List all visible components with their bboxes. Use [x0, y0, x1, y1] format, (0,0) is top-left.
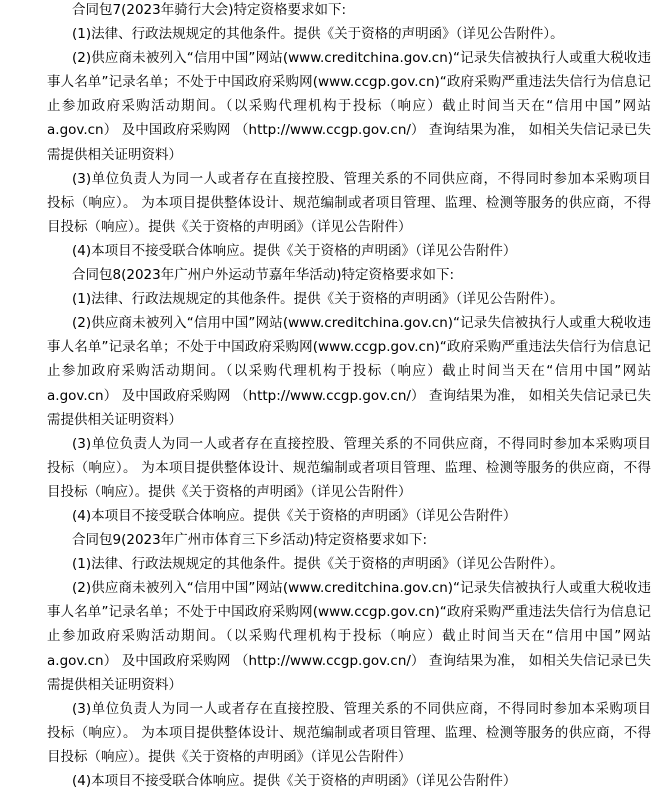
- document-body: 合同包7(2023年骑行大会)特定资格要求如下: (1)法律、行政法规规定的其他…: [47, 0, 651, 793]
- requirement-item-2: (2)供应商未被列入“信用中国”网站(www.creditchina.gov.c…: [47, 311, 651, 431]
- requirement-line: a.gov.cn） 及中国政府采购网 （http://www.ccgp.gov.…: [47, 118, 651, 142]
- requirement-item-4: (4)本项目不接受联合体响应。提供《关于资格的声明函》（详见公告附件）: [47, 504, 651, 528]
- requirement-line: 事人名单”记录名单；不处于中国政府采购网(www.ccgp.gov.cn)“政府…: [47, 335, 651, 359]
- requirement-line: (2)供应商未被列入“信用中国”网站(www.creditchina.gov.c…: [47, 46, 651, 70]
- requirement-line: 需提供相关证明资料）: [47, 408, 651, 432]
- requirement-line: 事人名单”记录名单；不处于中国政府采购网(www.ccgp.gov.cn)“政府…: [47, 600, 651, 624]
- requirement-line: 目投标（响应）。提供《关于资格的声明函》（详见公告附件）: [47, 480, 651, 504]
- requirement-item-1: (1)法律、行政法规规定的其他条件。提供《关于资格的声明函》（详见公告附件）。: [47, 287, 651, 311]
- requirement-line: (1)法律、行政法规规定的其他条件。提供《关于资格的声明函》（详见公告附件）。: [47, 552, 651, 576]
- requirement-line: a.gov.cn） 及中国政府采购网 （http://www.ccgp.gov.…: [47, 649, 651, 673]
- requirement-line: 目投标（响应）。提供《关于资格的声明函》（详见公告附件）: [47, 215, 651, 239]
- requirement-item-2: (2)供应商未被列入“信用中国”网站(www.creditchina.gov.c…: [47, 46, 651, 166]
- package-7-requirements: 合同包7(2023年骑行大会)特定资格要求如下: (1)法律、行政法规规定的其他…: [47, 0, 651, 263]
- requirement-line: 需提供相关证明资料）: [47, 143, 651, 167]
- requirement-line: (1)法律、行政法规规定的其他条件。提供《关于资格的声明函》（详见公告附件）。: [47, 22, 651, 46]
- requirement-line: (4)本项目不接受联合体响应。提供《关于资格的声明函》（详见公告附件）: [47, 504, 651, 528]
- requirement-line: 投标（响应）。 为本项目提供整体设计、规范编制或者项目管理、监理、检测等服务的供…: [47, 721, 651, 745]
- requirement-line: (3)单位负责人为同一人或者存在直接控股、管理关系的不同供应商，不得同时参加本采…: [47, 432, 651, 456]
- requirement-line: (4)本项目不接受联合体响应。提供《关于资格的声明函》（详见公告附件）: [47, 239, 651, 263]
- requirement-line: 止参加政府采购活动期间。（以采购代理机构于投标（响应）截止时间当天在“信用中国”…: [47, 624, 651, 648]
- requirement-line: 投标（响应）。 为本项目提供整体设计、规范编制或者项目管理、监理、检测等服务的供…: [47, 191, 651, 215]
- requirement-line: 投标（响应）。 为本项目提供整体设计、规范编制或者项目管理、监理、检测等服务的供…: [47, 456, 651, 480]
- requirement-line: 止参加政府采购活动期间。（以采购代理机构于投标（响应）截止时间当天在“信用中国”…: [47, 94, 651, 118]
- package-heading: 合同包7(2023年骑行大会)特定资格要求如下:: [47, 0, 651, 22]
- requirement-line: 止参加政府采购活动期间。（以采购代理机构于投标（响应）截止时间当天在“信用中国”…: [47, 359, 651, 383]
- requirement-item-3: (3)单位负责人为同一人或者存在直接控股、管理关系的不同供应商，不得同时参加本采…: [47, 697, 651, 769]
- requirement-item-3: (3)单位负责人为同一人或者存在直接控股、管理关系的不同供应商，不得同时参加本采…: [47, 432, 651, 504]
- requirement-line: 事人名单”记录名单；不处于中国政府采购网(www.ccgp.gov.cn)“政府…: [47, 70, 651, 94]
- package-heading: 合同包9(2023年广州市体育三下乡活动)特定资格要求如下:: [47, 528, 651, 552]
- requirement-line: (2)供应商未被列入“信用中国”网站(www.creditchina.gov.c…: [47, 576, 651, 600]
- package-heading: 合同包8(2023年广州户外运动节嘉年华活动)特定资格要求如下:: [47, 263, 651, 287]
- requirement-line: 需提供相关证明资料）: [47, 673, 651, 697]
- requirement-item-1: (1)法律、行政法规规定的其他条件。提供《关于资格的声明函》（详见公告附件）。: [47, 552, 651, 576]
- requirement-line: (3)单位负责人为同一人或者存在直接控股、管理关系的不同供应商，不得同时参加本采…: [47, 167, 651, 191]
- requirement-line: 目投标（响应）。提供《关于资格的声明函》（详见公告附件）: [47, 745, 651, 769]
- requirement-line: a.gov.cn） 及中国政府采购网 （http://www.ccgp.gov.…: [47, 384, 651, 408]
- requirement-line: (2)供应商未被列入“信用中国”网站(www.creditchina.gov.c…: [47, 311, 651, 335]
- requirement-item-1: (1)法律、行政法规规定的其他条件。提供《关于资格的声明函》（详见公告附件）。: [47, 22, 651, 46]
- package-9-requirements: 合同包9(2023年广州市体育三下乡活动)特定资格要求如下: (1)法律、行政法…: [47, 528, 651, 793]
- requirement-line: (1)法律、行政法规规定的其他条件。提供《关于资格的声明函》（详见公告附件）。: [47, 287, 651, 311]
- requirement-item-4: (4)本项目不接受联合体响应。提供《关于资格的声明函》（详见公告附件）: [47, 769, 651, 793]
- package-8-requirements: 合同包8(2023年广州户外运动节嘉年华活动)特定资格要求如下: (1)法律、行…: [47, 263, 651, 528]
- requirement-item-3: (3)单位负责人为同一人或者存在直接控股、管理关系的不同供应商，不得同时参加本采…: [47, 167, 651, 239]
- requirement-item-2: (2)供应商未被列入“信用中国”网站(www.creditchina.gov.c…: [47, 576, 651, 696]
- requirement-item-4: (4)本项目不接受联合体响应。提供《关于资格的声明函》（详见公告附件）: [47, 239, 651, 263]
- requirement-line: (4)本项目不接受联合体响应。提供《关于资格的声明函》（详见公告附件）: [47, 769, 651, 793]
- requirement-line: (3)单位负责人为同一人或者存在直接控股、管理关系的不同供应商，不得同时参加本采…: [47, 697, 651, 721]
